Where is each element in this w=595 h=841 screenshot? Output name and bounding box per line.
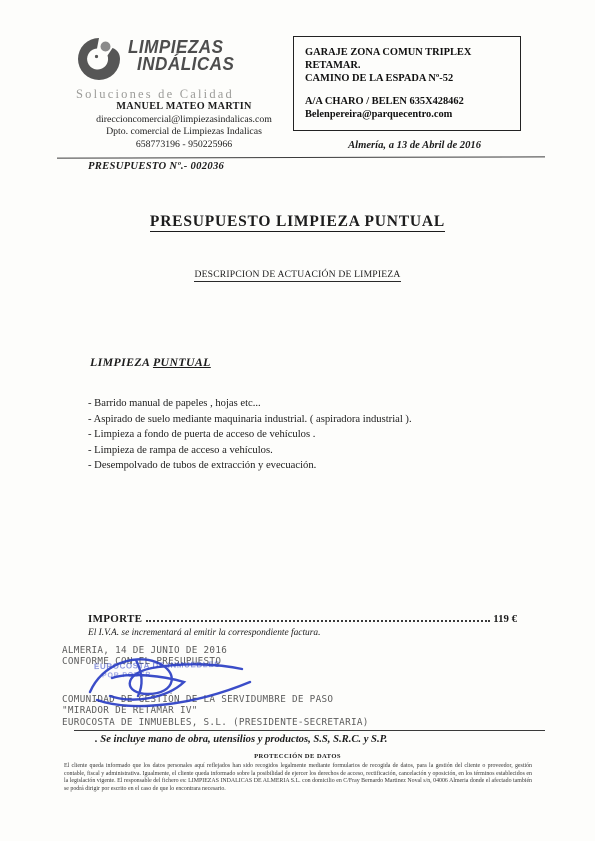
contact-email: direccioncomercial@limpiezasindalicas.co… (48, 114, 320, 127)
list-item: - Aspirado de suelo mediante maquinaria … (88, 412, 412, 428)
signature-divider-line (74, 730, 545, 731)
document-subtitle: DESCRIPCION DE ACTUACIÓN DE LIMPIEZA (0, 264, 595, 282)
contact-block: MANUEL MATEO MARTIN direccioncomercial@l… (48, 101, 320, 151)
acceptance-conform-line: CONFORME CON EL PRESUPUESTO (62, 656, 369, 667)
privacy-paragraph: El cliente queda informado que los datos… (64, 763, 532, 794)
document-date: Almería, a 13 de Abril de 2016 (348, 140, 481, 151)
acceptance-date-line: ALMERIA, 14 DE JUNIO DE 2016 (62, 645, 369, 656)
work-items-list: - Barrido manual de papeles , hojas etc.… (88, 396, 412, 474)
list-item: - Barrido manual de papeles , hojas etc.… (88, 396, 412, 412)
section-heading: LIMPIEZA PUNTUAL (90, 355, 211, 370)
client-line: GARAJE ZONA COMUN TRIPLEX (305, 46, 509, 59)
amount-row: IMPORTE 119 € (88, 613, 517, 625)
company-tagline: Soluciones de Calidad (76, 87, 291, 102)
amount-value: 119 € (493, 613, 517, 625)
amount-label: IMPORTE (88, 613, 142, 625)
dotted-leader (146, 620, 490, 622)
list-item: - Limpieza de rampa de acceso a vehículo… (88, 443, 412, 459)
company-signer-line: EUROCOSTA DE INMUEBLES, S.L. (PRESIDENTE… (62, 717, 369, 728)
contact-name: MANUEL MATEO MARTIN (48, 101, 320, 114)
client-line: CAMINO DE LA ESPADA Nº-52 (305, 72, 509, 85)
client-line: RETAMAR. (305, 59, 509, 72)
company-name: LIMPIEZAS INDÁLICAS (128, 36, 240, 73)
client-email: Belenpereira@parquecentro.com (305, 108, 509, 121)
company-name-line2: INDÁLICAS (137, 56, 234, 73)
company-swirl-logo-icon (76, 36, 122, 82)
includes-note: . Se incluye mano de obra, utensilios y … (95, 734, 387, 745)
signature-space (62, 668, 369, 694)
section-heading-word1: LIMPIEZA (90, 355, 153, 369)
section-heading-word2: PUNTUAL (153, 355, 211, 369)
list-item: - Limpieza a fondo de puerta de acceso d… (88, 427, 412, 443)
list-item: - Desempolvado de tubos de extracción y … (88, 458, 412, 474)
document-title: PRESUPUESTO LIMPIEZA PUNTUAL (0, 213, 595, 231)
client-address-box: GARAJE ZONA COMUN TRIPLEX RETAMAR. CAMIN… (293, 36, 521, 131)
client-attention-line: A/A CHARO / BELEN 635X428462 (305, 95, 509, 108)
quote-number: PRESUPUESTO Nº.- 002036 (88, 161, 224, 172)
contact-phones: 658773196 - 950225966 (48, 139, 320, 152)
header-divider-line (57, 156, 545, 159)
privacy-title: PROTECCIÓN DE DATOS (0, 753, 595, 760)
document-page: LIMPIEZAS INDÁLICAS Soluciones de Calida… (0, 0, 595, 841)
contact-department: Dpto. comercial de Limpiezas Indalicas (48, 126, 320, 139)
community-line: COMUNIDAD DE GESTIÓN DE LA SERVIDUMBRE D… (62, 694, 369, 705)
community-name-line: "MIRADOR DE RETAMAR IV" (62, 705, 369, 716)
acceptance-block: ALMERIA, 14 DE JUNIO DE 2016 CONFORME CO… (62, 645, 369, 728)
vat-note: El I.V.A. se incrementará al emitir la c… (88, 628, 320, 638)
company-logo-block: LIMPIEZAS INDÁLICAS Soluciones de Calida… (76, 36, 291, 102)
